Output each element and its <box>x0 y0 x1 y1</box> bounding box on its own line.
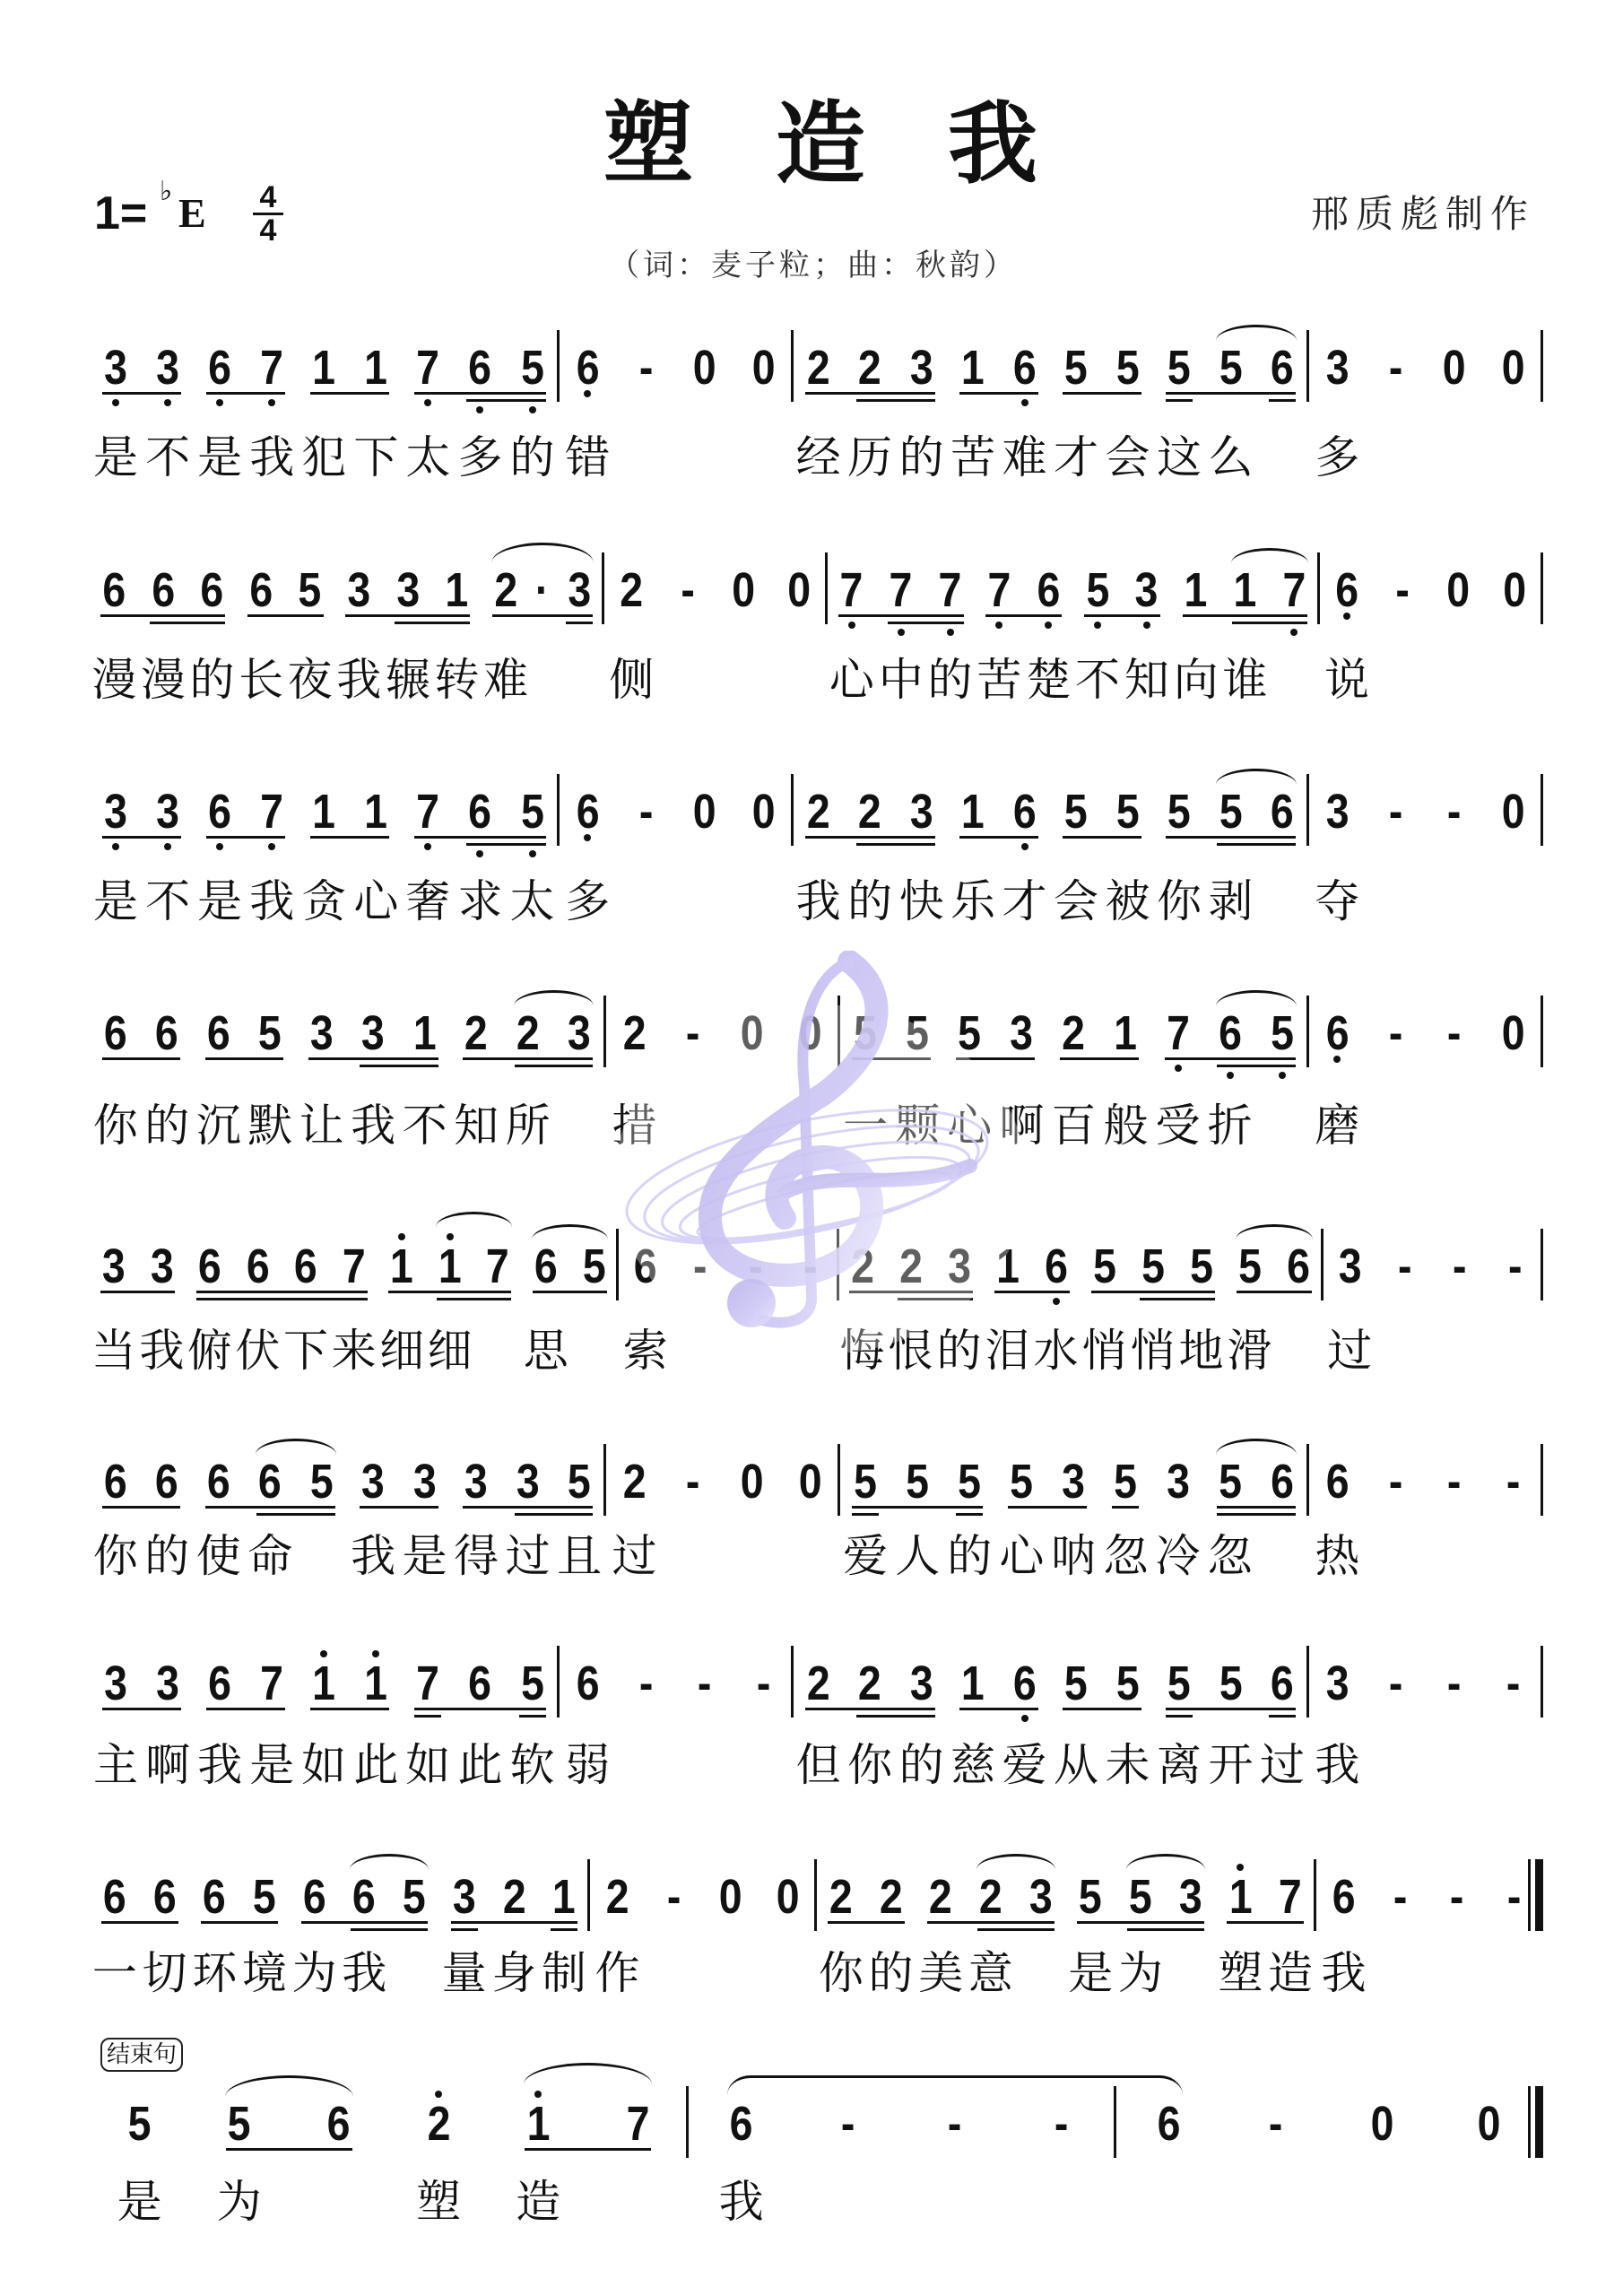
sustain-dash-glyph: - <box>1488 1665 1538 1701</box>
note: 5颗 <box>891 1015 943 1051</box>
underline <box>308 1057 348 1060</box>
double-underline <box>256 1513 296 1516</box>
double-underline <box>507 843 546 846</box>
underline <box>201 1921 239 1924</box>
note: 1般 <box>1099 1015 1151 1051</box>
underline <box>347 1057 398 1060</box>
underline <box>140 1921 178 1924</box>
beat-group: - <box>1367 794 1425 830</box>
note: 3不 <box>142 350 194 386</box>
measure: 5一5颗5心3啊2百1般7受6折5 <box>839 1015 1308 1051</box>
note: 3的 <box>896 1665 947 1701</box>
low-octave-dot <box>268 399 275 406</box>
beat-group: 2难·3 <box>482 572 603 608</box>
sustain-dash-glyph: - <box>803 2106 894 2142</box>
underline <box>1060 1057 1099 1060</box>
note-glyph: 6 <box>240 572 282 608</box>
lyric-syllable: 作 <box>568 1949 667 1997</box>
note-glyph: 7 <box>1156 1015 1201 1051</box>
note: 3辗 <box>384 572 433 608</box>
note: 6使 <box>193 1464 244 1500</box>
underline <box>896 392 935 395</box>
low-octave-dot <box>1021 1715 1028 1722</box>
measure: 3主3啊6我7是1如1此7如6此5软 <box>90 1665 559 1701</box>
underline <box>350 392 389 395</box>
note: 6一 <box>90 1879 140 1915</box>
underline <box>507 836 546 839</box>
note-glyph: 2 <box>608 572 656 608</box>
beat-group: - <box>734 1665 793 1701</box>
note-glyph: 5 <box>947 1015 992 1051</box>
rest: 0 <box>759 1879 816 1915</box>
underline <box>887 1291 935 1293</box>
note: 2难 <box>482 572 531 608</box>
rest-glyph: 0 <box>763 1879 811 1915</box>
beat-group: 6思5 <box>522 1248 618 1284</box>
sustain-dash: - <box>1372 1879 1428 1915</box>
note-glyph: 3 <box>999 1015 1044 1051</box>
underline <box>999 836 1038 839</box>
note: 5滑 <box>1226 1248 1274 1284</box>
lyric-syllable: 忽 <box>1183 1532 1278 1580</box>
note-glyph: 7 <box>405 350 450 386</box>
note-glyph: 5 <box>1208 1464 1253 1500</box>
beat-group: 3量2身1制 <box>439 1879 589 1915</box>
note-glyph: 3 <box>1312 1665 1362 1701</box>
note: 3我 <box>1308 1665 1367 1701</box>
note: 1如 <box>298 1665 350 1701</box>
note: 1转 <box>432 572 482 608</box>
underline <box>502 1057 553 1060</box>
underline <box>1205 1708 1256 1710</box>
measure: 6索--- <box>618 1248 838 1284</box>
rest: 0 <box>723 1464 781 1500</box>
note: 3知 <box>1122 572 1171 608</box>
final-barline-thick <box>1535 1859 1543 1931</box>
measure: 6我--- <box>1315 1879 1542 1915</box>
beat-group: - <box>1367 1665 1425 1701</box>
note-glyph: 7 <box>880 572 922 608</box>
note-glyph: 6 <box>695 2106 786 2142</box>
sustain-dash: - <box>660 572 716 608</box>
note: 5心 <box>943 1015 995 1051</box>
note: 6沉 <box>193 1015 244 1051</box>
double-underline <box>360 1065 399 1067</box>
sustain-dash: - <box>728 1248 783 1284</box>
double-underline <box>1217 1065 1256 1067</box>
note: 5会 <box>1050 794 1101 830</box>
low-octave-dot <box>1094 622 1101 629</box>
beat-group: 1向1谁7 <box>1171 572 1319 608</box>
low-octave-dot <box>1143 622 1150 629</box>
low-octave-dot <box>164 843 171 850</box>
note-glyph: 6 <box>1208 1015 1253 1051</box>
beat-group: 2措 <box>605 1015 664 1051</box>
note-glyph: 6 <box>197 1665 242 1701</box>
beat-group: 5滑6 <box>1226 1248 1323 1284</box>
underline <box>414 392 454 395</box>
beat-group: 2百1般 <box>1047 1015 1151 1051</box>
rest: 0 <box>675 350 733 386</box>
measure: 7心7中7的7苦6楚5不3知1向1谁7 <box>827 572 1318 608</box>
note-glyph: 6 <box>562 1665 612 1701</box>
underline <box>310 1708 350 1710</box>
beat-group: 0 <box>1430 572 1486 608</box>
note: 5为 <box>1115 1879 1166 1915</box>
note-glyph: 3 <box>1312 794 1362 830</box>
note-glyph: 3 <box>299 1015 343 1051</box>
double-underline <box>898 1298 935 1300</box>
lyric-syllable: 过 <box>584 1532 685 1580</box>
note: 2但 <box>793 1665 844 1701</box>
sustain-dash: - <box>1432 1248 1487 1284</box>
note-glyph: 2 <box>969 1879 1012 1915</box>
beat-group: 0 <box>723 1464 781 1500</box>
beat-group: 6沉5默 <box>193 1015 296 1051</box>
score-line: 5是5为62塑1造76我---6-00 <box>90 2106 1542 2142</box>
note: 7造 <box>1265 1879 1315 1915</box>
underline <box>1166 1921 1204 1924</box>
double-underline <box>852 1513 879 1516</box>
note: 3我 <box>334 572 384 608</box>
beat-group: 5才5会 <box>1050 350 1153 386</box>
barline <box>1541 330 1543 402</box>
note: 6 <box>1274 1248 1323 1284</box>
underline <box>1063 1708 1102 1710</box>
sustain-dash: - <box>1484 1665 1542 1701</box>
rest: 0 <box>734 794 793 830</box>
note-glyph: 1 <box>403 1015 447 1051</box>
note-glyph: 5 <box>510 350 555 386</box>
slur-arc <box>1216 769 1296 785</box>
note-glyph: 5 <box>1054 350 1098 386</box>
slur-arc <box>976 1854 1055 1870</box>
note: 5 <box>296 1464 347 1500</box>
note-glyph: 5 <box>1132 1248 1173 1284</box>
double-underline <box>1166 399 1193 402</box>
note-glyph: 6 <box>142 572 184 608</box>
underline <box>530 614 554 617</box>
underline <box>360 1506 399 1509</box>
measure: 2悔2恨3的1泪6水5悄5悄5地5滑6 <box>838 1248 1323 1284</box>
beat-group: 0 <box>1484 794 1542 830</box>
underline <box>570 1291 608 1293</box>
note: 5离 <box>1153 1665 1204 1701</box>
underline <box>282 1291 330 1293</box>
underline <box>927 1921 966 1924</box>
note: 3主 <box>90 1665 142 1701</box>
beat-group: 1慈6爱 <box>947 1665 1050 1701</box>
note-glyph: 6 <box>1260 1665 1304 1701</box>
note-glyph: 6 <box>143 1879 187 1915</box>
sustain-dash-glyph: - <box>677 1248 725 1284</box>
beat-group: - <box>617 350 675 386</box>
underline <box>502 1506 553 1509</box>
beat-group: - <box>1486 1879 1542 1915</box>
sustain-dash-glyph: - <box>1433 1879 1481 1915</box>
underline <box>507 392 546 395</box>
note: 5才 <box>1050 350 1101 386</box>
underline <box>555 614 593 617</box>
underline <box>1270 614 1307 617</box>
beat-group: - <box>664 1015 722 1051</box>
note-glyph: 6 <box>1260 794 1304 830</box>
underline <box>102 392 142 395</box>
note: 6过 <box>1256 1665 1307 1701</box>
note-glyph: 3 <box>1156 1464 1201 1500</box>
beat-group: 3让3我1不 <box>296 1015 450 1051</box>
slur-arc <box>1126 1854 1205 1870</box>
lyric-syllable: 滑 <box>1204 1326 1296 1375</box>
low-octave-dot <box>848 622 855 629</box>
beat-group: 2过 <box>605 1464 664 1500</box>
sustain-dash-glyph: - <box>1491 1248 1539 1284</box>
note: 7太 <box>402 350 454 386</box>
note-glyph: 5 <box>1104 1464 1149 1500</box>
sustain-dash: - <box>1484 1464 1542 1500</box>
beat-group: - <box>1375 572 1430 608</box>
underline <box>138 1291 176 1293</box>
underline <box>206 836 246 839</box>
note-glyph: 6 <box>1323 572 1371 608</box>
underline <box>399 1057 438 1060</box>
note-glyph: 3 <box>1125 572 1167 608</box>
beat-group: 0 <box>675 794 733 830</box>
lyric-syllable: 我 <box>317 1949 411 1997</box>
measure: 6说-00 <box>1319 572 1542 608</box>
underline <box>234 1291 282 1293</box>
note-glyph: 6 <box>458 1665 503 1701</box>
underline <box>330 1291 368 1293</box>
sustain-dash: - <box>673 1248 727 1284</box>
note-glyph: 5 <box>1054 1665 1098 1701</box>
note-glyph: 7 <box>405 794 450 830</box>
beat-group: 6漫6漫6的 <box>90 572 237 608</box>
rest: 0 <box>716 572 771 608</box>
underline <box>1256 392 1296 395</box>
note-glyph: 6 <box>1312 1464 1362 1500</box>
note: 6 <box>1256 794 1307 830</box>
double-underline <box>282 1298 330 1300</box>
beat-group: 2侧 <box>603 572 659 608</box>
underline <box>1274 1291 1312 1293</box>
sustain-dash-glyph: - <box>668 1464 718 1500</box>
underline <box>1217 1506 1256 1509</box>
sustain-dash: - <box>664 1015 722 1051</box>
note-glyph: 2 <box>492 1879 535 1915</box>
note: 3呐 <box>1047 1464 1099 1500</box>
underline <box>239 1921 278 1924</box>
note-glyph: 6 <box>191 572 233 608</box>
measure: 6-00 <box>1115 2106 1542 2142</box>
note: 2悔 <box>838 1248 887 1284</box>
underline <box>102 836 142 839</box>
double-underline <box>935 1298 973 1300</box>
underline <box>426 1291 474 1293</box>
double-underline <box>1217 843 1256 846</box>
underline <box>301 1921 340 1924</box>
note-glyph: 6 <box>285 1248 326 1284</box>
note-glyph: 3 <box>145 350 190 386</box>
underline <box>389 1921 428 1924</box>
lyric-syllable: 为 <box>1094 1949 1187 1997</box>
note: 6说 <box>1319 572 1375 608</box>
underline <box>876 614 925 617</box>
note-glyph: 5 <box>97 2106 183 2142</box>
sustain-dash-glyph: - <box>1381 1248 1428 1284</box>
note: 3是 <box>399 1464 450 1500</box>
note-glyph: 6 <box>1002 794 1046 830</box>
low-octave-dot <box>1021 843 1028 850</box>
beat-group: 5为6 <box>189 2106 388 2142</box>
low-octave-dot <box>268 843 275 850</box>
note-glyph: 2 <box>395 2106 482 2142</box>
beat-group: 2悔2恨3的 <box>838 1248 984 1284</box>
lyric-syllable: 磨 <box>1287 1101 1388 1150</box>
sustain-dash-glyph: - <box>1429 1665 1480 1701</box>
underline <box>246 392 285 395</box>
underline <box>492 614 530 617</box>
sustain-dash-glyph: - <box>621 794 671 830</box>
underline <box>451 1921 490 1924</box>
beat-group: - <box>1367 1464 1425 1500</box>
underline <box>296 1506 335 1509</box>
note-glyph: 6 <box>343 1879 386 1915</box>
underline <box>1102 1708 1141 1710</box>
note: 6爱 <box>999 1665 1050 1701</box>
underline <box>1122 614 1159 617</box>
note: 6磨 <box>1308 1015 1367 1051</box>
underline <box>350 836 389 839</box>
underline <box>935 1291 973 1293</box>
note-glyph: 5 <box>573 1248 614 1284</box>
rest: 0 <box>1436 2106 1542 2142</box>
note-glyph: 6 <box>93 1879 136 1915</box>
rest-glyph: 0 <box>1488 1015 1538 1051</box>
note: 3啊 <box>142 1665 194 1701</box>
beat-group: - <box>1484 1665 1542 1701</box>
note-glyph: 5 <box>289 572 331 608</box>
lyric-syllable: 我 <box>666 2178 816 2226</box>
note-glyph: 3 <box>938 1248 979 1284</box>
underline <box>102 1708 142 1710</box>
note: 6你 <box>90 1464 141 1500</box>
beat-group: 0 <box>1484 1015 1542 1051</box>
sustain-dash-glyph: - <box>621 350 671 386</box>
note: 3过 <box>502 1464 553 1500</box>
low-octave-dot <box>1279 1072 1286 1079</box>
note-glyph: 1 <box>301 794 346 830</box>
underline <box>1115 1921 1166 1924</box>
lyric-syllable: 为 <box>168 2178 310 2226</box>
note: 5的 <box>507 350 559 386</box>
sustain-dash-glyph: - <box>650 1879 699 1915</box>
measure: 6你6的6沉5默3让3我1不2知2所3 <box>90 1015 605 1051</box>
sustain-dash: - <box>1377 1248 1432 1284</box>
note: 6切 <box>140 1879 190 1915</box>
note: 6是 <box>194 350 246 386</box>
low-octave-dot <box>584 834 591 841</box>
flat-icon: ♭ <box>160 176 172 208</box>
measure: 2我2的3快1乐6才5会5被5你5剥6 <box>793 794 1308 830</box>
sustain-dash-glyph: - <box>1371 794 1421 830</box>
note: 2措 <box>605 1015 664 1051</box>
barline <box>1541 1229 1543 1300</box>
barline <box>1541 552 1543 624</box>
low-octave-dot <box>216 843 223 850</box>
beat-group: 0 <box>781 1464 839 1500</box>
note-glyph: 6 <box>196 1464 240 1500</box>
rest-glyph: 0 <box>776 572 824 608</box>
underline <box>1084 614 1122 617</box>
low-octave-dot <box>1290 629 1298 636</box>
note: 6漫 <box>90 572 139 608</box>
sustain-dash-glyph: - <box>1429 794 1480 830</box>
beat-group: - <box>1425 1015 1483 1051</box>
note: 7我 <box>246 350 298 386</box>
note-glyph: 6 <box>1002 350 1046 386</box>
note: 5剥 <box>1205 794 1256 830</box>
note: 2恨 <box>887 1248 935 1284</box>
note: 6才 <box>999 794 1050 830</box>
note: 5地 <box>1177 1248 1226 1284</box>
underline <box>966 1921 1016 1924</box>
rest-glyph: 0 <box>680 794 730 830</box>
underline <box>849 1291 887 1293</box>
barline <box>1541 996 1543 1067</box>
beat-group: - <box>1008 2106 1115 2142</box>
measure: 3是3不6是7我1贪1心7奢6求5太 <box>90 794 559 830</box>
beat-group: 1苦6难 <box>947 350 1050 386</box>
note: 6你 <box>90 1015 141 1051</box>
note-glyph: 6 <box>525 1248 567 1284</box>
note-glyph: 6 <box>293 1879 336 1915</box>
double-underline <box>437 1298 474 1300</box>
score-line: 3是3不6是7我1犯1下7太6多5的6错-002经2历3的1苦6难5才5会5这5… <box>90 350 1542 386</box>
beat-group: 2你2的 <box>816 1879 916 1915</box>
note-glyph: 1 <box>542 1879 586 1915</box>
sustain-dash-glyph: - <box>1436 1248 1484 1284</box>
note: 3快 <box>896 794 947 830</box>
time-signature-denominator: 4 <box>250 216 286 245</box>
measure: 6我--- <box>688 2106 1115 2142</box>
note: 7的 <box>925 572 975 608</box>
note-glyph: 1 <box>950 794 994 830</box>
beat-group: 2但2你3的 <box>793 1665 947 1701</box>
note-glyph: 1 <box>950 350 994 386</box>
underline <box>525 2148 588 2151</box>
note: 1犯 <box>298 350 350 386</box>
beat-group: - <box>1372 1879 1428 1915</box>
beat-group: 3得3过5且 <box>450 1464 604 1500</box>
underline <box>959 836 999 839</box>
underline <box>925 614 963 617</box>
note-glyph: 5 <box>1106 350 1150 386</box>
underline <box>891 1057 931 1060</box>
beat-group: 6我 <box>1315 1879 1372 1915</box>
note-glyph: 6 <box>93 1464 137 1500</box>
note-glyph: 6 <box>237 1248 278 1284</box>
sustain-dash: - <box>1222 2106 1329 2142</box>
double-underline <box>925 622 963 624</box>
underline <box>1256 1708 1296 1710</box>
note-glyph: 3 <box>386 572 429 608</box>
underline <box>100 614 138 617</box>
note-glyph: 3 <box>93 794 138 830</box>
sustain-dash: - <box>1375 572 1430 608</box>
beat-group: 6是7我 <box>194 350 298 386</box>
sustain-dash: - <box>1488 1248 1542 1284</box>
